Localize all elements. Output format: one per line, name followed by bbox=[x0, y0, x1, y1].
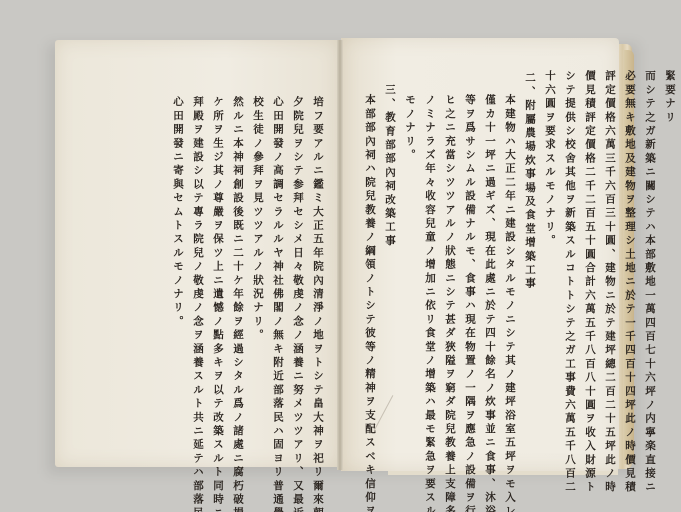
text-column: ケ所ヲ生ジ其ノ尊嚴ヲ保ツ上ニ遺憾ノ點多キヲ以テ改築スルト同時ニ bbox=[208, 96, 228, 436]
text-column: 心田開發ノ高調セラルルヤ神社佛閣ノ無キ附近部落民ハ固ヨリ普通學 bbox=[268, 96, 288, 436]
text-column: 本部部內祠ハ院兒教養ノ綱領ノトシテ彼等ノ精神ヲ支配スベキ信仰ヲ bbox=[360, 70, 380, 430]
text-column: 而シテ之ガ新築ニ關シテハ本部敷地一萬四百七十六坪ノ内寧楽直接ニ bbox=[640, 70, 660, 430]
text-column: 十六圓ヲ要求スルモノナリ。 bbox=[540, 70, 560, 430]
text-column: 培フ要アルニ鑑ミ大正五年院內清淨ノ地ヲトシテ畠大神ヲ祀リ爾來朝 bbox=[308, 96, 328, 436]
text-column: 價見積評定價格二千二百五十圓合計六萬五千八百八十圓ヲ收入財源ト bbox=[580, 70, 600, 430]
section-heading: 三、教育部部內祠改築工事 bbox=[380, 70, 400, 430]
left-page-text: 培フ要アルニ鑑ミ大正五年院內清淨ノ地ヲトシテ畠大神ヲ祀リ爾來朝 夕院兒ヲシテ参拜… bbox=[168, 96, 328, 436]
text-column: 緊要ナリ bbox=[660, 70, 680, 430]
book-gutter bbox=[337, 40, 343, 470]
text-column: 拜殿ヲ建設シ以テ專ラ院兒ノ敬虔ノ念ヲ涵養スルト共ニ延テハ部落民 bbox=[188, 96, 208, 436]
text-column: 等ヲ爲サシムル設備ナルモ、食事ハ現在物置ノ一隅ヲ應急ノ設備ヲ行 bbox=[460, 70, 480, 430]
text-column: シテ提供シ校舍其他ヲ新築スルコトトシテ之ガ工事費六萬五千八百二 bbox=[560, 70, 580, 430]
text-column: ヒ之ニ充當シツツアルノ狀態ニシテ甚ダ狹隘ヲ窮ダ院兒教養上支障多キ bbox=[440, 70, 460, 430]
text-column: ノミナラズ年々收容兒童ノ增加ニ依リ食堂ノ增築ハ最モ緊急ヲ要スル bbox=[420, 70, 440, 430]
section-heading: 二、附屬農場炊事場及食堂增築工事 bbox=[520, 70, 540, 430]
text-column: 校生徒ノ參拜ヲ見ツツアルノ狀況ナリ。 bbox=[248, 96, 268, 436]
text-column: 必要無キ敷地及建物ヲ整理シ土地ニ於テ一千四百十四坪此ノ時價見積 bbox=[620, 70, 640, 430]
text-column: 本建物ハ大正二年ニ建設シタルモノニシテ其ノ建坪浴室五坪ヲモ入レ bbox=[500, 70, 520, 430]
text-column: 夕院兒ヲシテ参拜セシメ日々敬虔ノ念ノ涵養ニ努メツツアリ、又最近 bbox=[288, 96, 308, 436]
text-column: 心田開發ニ寄與セムトスルモノナリ。 bbox=[168, 96, 188, 436]
text-column: 評定價格六萬三千六百三十圓、建物ニ於テ建坪總二百二十五坪此ノ時 bbox=[600, 70, 620, 430]
text-column: モノナリ。 bbox=[400, 70, 420, 430]
text-column: 僅カ十一坪ニ過ギズ、現在此處ニ於テ四十餘名ノ炊事並ニ食事、沐浴 bbox=[480, 70, 500, 430]
right-page-text: 緊要ナリ 而シテ之ガ新築ニ關シテハ本部敷地一萬四百七十六坪ノ内寧楽直接ニ 必要無… bbox=[360, 70, 680, 430]
bleed-through-text bbox=[75, 100, 93, 430]
text-column: 然ルニ本神祠創設後既ニ二十ケ年餘ヲ經過シタル爲ノ諸處ニ腐朽破損 bbox=[228, 96, 248, 436]
